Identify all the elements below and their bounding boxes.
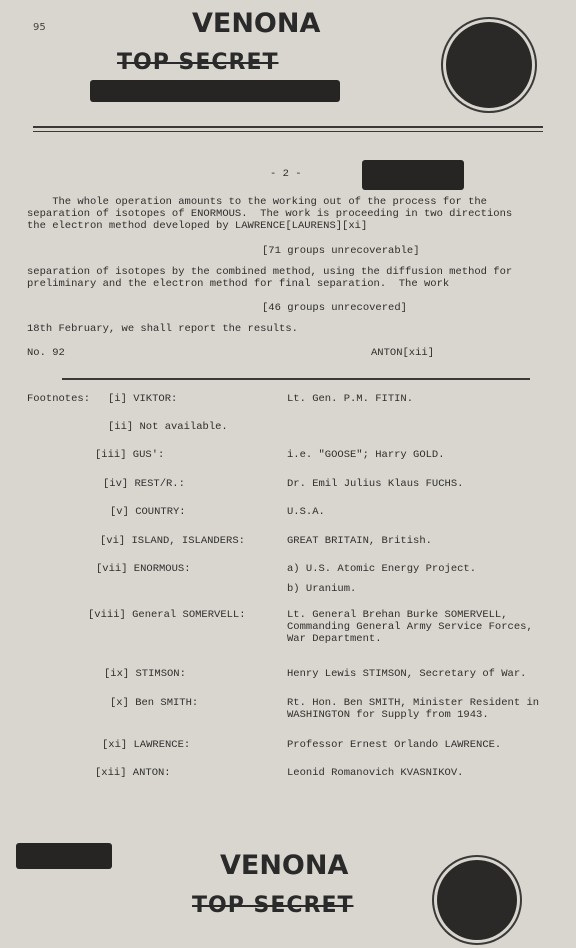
footnote-key: [xii] ANTON: bbox=[95, 767, 171, 779]
footnote-value: Commanding General Army Service Forces, bbox=[287, 621, 533, 633]
seal-bottom-icon bbox=[437, 860, 517, 940]
footnote-value: U.S.A. bbox=[287, 506, 325, 518]
redaction-bar-header bbox=[90, 80, 340, 102]
page-marker: - 2 - bbox=[270, 168, 302, 180]
footnote-value: War Department. bbox=[287, 633, 382, 645]
paragraph-3: 18th February, we shall report the resul… bbox=[27, 323, 298, 335]
footnote-key: [iii] GUS': bbox=[95, 449, 164, 461]
venona-stamp-top: VENONA bbox=[192, 8, 320, 39]
page-number: 95 bbox=[33, 22, 46, 33]
footnote-value: Professor Ernest Orlando LAWRENCE. bbox=[287, 739, 501, 751]
footnote-value: Lt. General Brehan Burke SOMERVELL, bbox=[287, 609, 508, 621]
footnote-key: [iv] REST/R.: bbox=[103, 478, 185, 490]
venona-stamp-bottom: VENONA bbox=[220, 850, 348, 881]
paragraph-1-line-2: separation of isotopes of ENORMOUS. The … bbox=[27, 208, 512, 220]
paragraph-2-line-2: preliminary and the electron method for … bbox=[27, 278, 449, 290]
paragraph-1-line-3: the electron method developed by LAWRENC… bbox=[27, 220, 367, 232]
footnote-value: WASHINGTON for Supply from 1943. bbox=[287, 709, 489, 721]
footnote-key: [i] VIKTOR: bbox=[108, 393, 177, 405]
paragraph-2-line-1: separation of isotopes by the combined m… bbox=[27, 266, 512, 278]
footnote-value: Leonid Romanovich KVASNIKOV. bbox=[287, 767, 463, 779]
footnote-key: [viii] General SOMERVELL: bbox=[88, 609, 246, 621]
header-rule-1 bbox=[33, 126, 543, 128]
seal-top-icon bbox=[446, 22, 532, 108]
gap-note-2: [46 groups unrecovered] bbox=[262, 302, 407, 314]
footnote-key: [v] COUNTRY: bbox=[110, 506, 186, 518]
footnote-value: GREAT BRITAIN, British. bbox=[287, 535, 432, 547]
footnote-value: Lt. Gen. P.M. FITIN. bbox=[287, 393, 413, 405]
gap-note-1: [71 groups unrecoverable] bbox=[262, 245, 420, 257]
footnote-value: Dr. Emil Julius Klaus FUCHS. bbox=[287, 478, 463, 490]
classification-stamp-bottom: TOP SECRET bbox=[192, 893, 354, 918]
footnote-value: a) U.S. Atomic Energy Project. bbox=[287, 563, 476, 575]
footnote-value: i.e. "GOOSE"; Harry GOLD. bbox=[287, 449, 445, 461]
footnote-key: [x] Ben SMITH: bbox=[110, 697, 198, 709]
footnote-key: [ix] STIMSON: bbox=[104, 668, 186, 680]
header-rule-2 bbox=[33, 131, 543, 132]
footnote-key: [vii] ENORMOUS: bbox=[96, 563, 191, 575]
footnotes-label: Footnotes: bbox=[27, 393, 90, 405]
footnotes-rule bbox=[62, 378, 530, 380]
document-page: 95 VENONA TOP SECRET - 2 - The whole ope… bbox=[0, 0, 576, 948]
footnote-key: [ii] Not available. bbox=[108, 421, 228, 433]
footnote-value: Rt. Hon. Ben SMITH, Minister Resident in bbox=[287, 697, 539, 709]
redaction-bar-body bbox=[362, 160, 464, 190]
footnote-value: Henry Lewis STIMSON, Secretary of War. bbox=[287, 668, 526, 680]
redaction-bar-footer bbox=[16, 843, 112, 869]
footnote-value: b) Uranium. bbox=[287, 583, 356, 595]
footnote-key: [xi] LAWRENCE: bbox=[102, 739, 190, 751]
footnote-key: [vi] ISLAND, ISLANDERS: bbox=[100, 535, 245, 547]
classification-stamp-top: TOP SECRET bbox=[117, 50, 279, 75]
signature: ANTON[xii] bbox=[371, 347, 434, 359]
paragraph-1-line-1: The whole operation amounts to the worki… bbox=[27, 196, 487, 208]
message-number: No. 92 bbox=[27, 347, 65, 359]
